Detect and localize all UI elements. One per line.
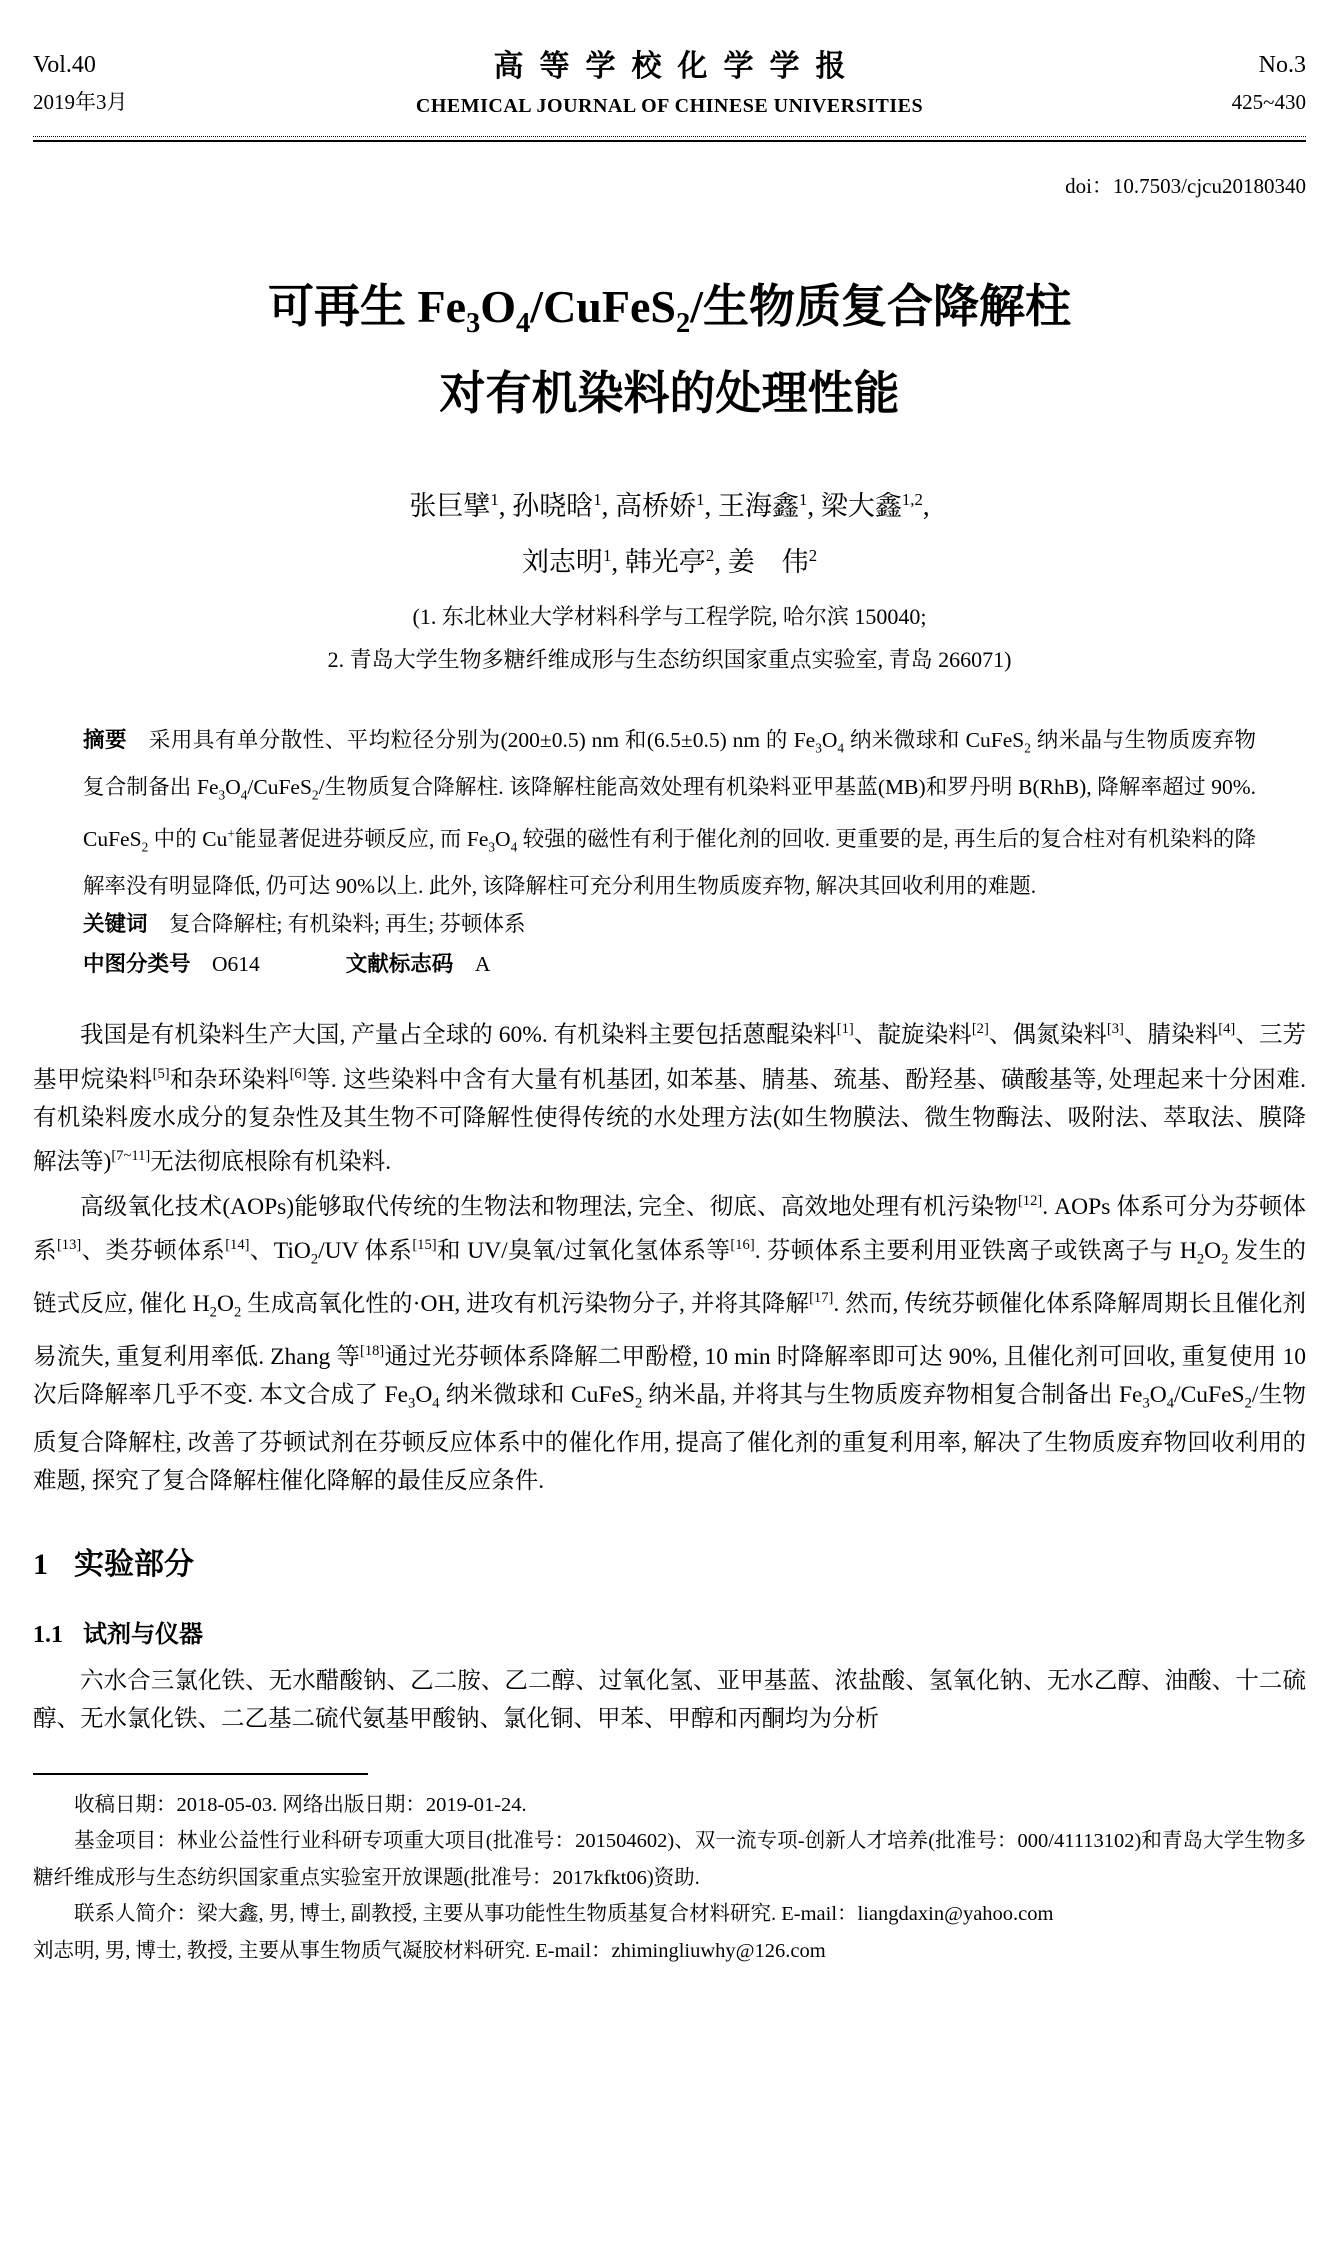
footnote-contact-1: 联系人简介：梁大鑫, 男, 博士, 副教授, 主要从事功能性生物质基复合材料研究… bbox=[33, 1896, 1306, 1933]
header-right: No.3 425~430 bbox=[1121, 48, 1306, 122]
subsection-number: 1.1 bbox=[33, 1622, 63, 1648]
section-heading-1: 1实验部分 bbox=[33, 1545, 1306, 1585]
section-title: 实验部分 bbox=[74, 1547, 194, 1582]
abstract-text: 摘要 采用具有单分散性、平均粒径分别为(200±0.5) nm 和(6.5±0.… bbox=[83, 721, 1256, 905]
footnote-funding: 基金项目：林业公益性行业科研专项重大项目(批准号：201504602)、双一流专… bbox=[33, 1823, 1306, 1896]
affiliation-1: (1. 东北林业大学材料科学与工程学院, 哈尔滨 150040; bbox=[33, 595, 1306, 638]
doi-line: doi：10.7503/cjcu20180340 bbox=[33, 170, 1306, 200]
author-line-2: 刘志明1, 韩光亭2, 姜 伟2 bbox=[33, 531, 1306, 587]
footnote-block: 收稿日期：2018-05-03. 网络出版日期：2019-01-24. 基金项目… bbox=[33, 1773, 1306, 1970]
issue-number: No.3 bbox=[1121, 48, 1306, 82]
journal-page: Vol.40 2019年3月 高等学校化学学报 CHEMICAL JOURNAL… bbox=[0, 0, 1339, 2245]
footnote-received-date: 收稿日期：2018-05-03. 网络出版日期：2019-01-24. bbox=[33, 1787, 1306, 1824]
subsection-heading-1-1: 1.1试剂与仪器 bbox=[33, 1617, 1306, 1652]
subsection-title: 试剂与仪器 bbox=[83, 1620, 203, 1648]
page-range: 425~430 bbox=[1121, 82, 1306, 122]
body-paragraph-3: 六水合三氯化铁、无水醋酸钠、乙二胺、乙二醇、过氧化氢、亚甲基蓝、浓盐酸、氢氧化钠… bbox=[33, 1662, 1306, 1739]
section-body: 六水合三氯化铁、无水醋酸钠、乙二胺、乙二醇、过氧化氢、亚甲基蓝、浓盐酸、氢氧化钠… bbox=[33, 1662, 1306, 1739]
affiliations: (1. 东北林业大学材料科学与工程学院, 哈尔滨 150040; 2. 青岛大学… bbox=[33, 595, 1306, 681]
article-title-line1: 可再生 Fe3O4/CuFeS2/生物质复合降解柱 bbox=[33, 272, 1306, 359]
clc-line: 中图分类号 O614 文献标志码 A bbox=[83, 945, 1256, 985]
volume-label: Vol.40 bbox=[33, 48, 218, 82]
journal-header: Vol.40 2019年3月 高等学校化学学报 CHEMICAL JOURNAL… bbox=[33, 48, 1306, 126]
body-paragraph-1: 我国是有机染料生产大国, 产量占全球的 60%. 有机染料主要包括蒽醌染料[1]… bbox=[33, 1010, 1306, 1181]
author-line-1: 张巨擘1, 孙晓晗1, 高桥娇1, 王海鑫1, 梁大鑫1,2, bbox=[33, 475, 1306, 531]
article-title: 可再生 Fe3O4/CuFeS2/生物质复合降解柱 对有机染料的处理性能 bbox=[33, 272, 1306, 429]
article-title-line2: 对有机染料的处理性能 bbox=[33, 359, 1306, 429]
header-left: Vol.40 2019年3月 bbox=[33, 48, 218, 122]
affiliation-2: 2. 青岛大学生物多糖纤维成形与生态纺织国家重点实验室, 青岛 266071) bbox=[33, 638, 1306, 681]
author-list: 张巨擘1, 孙晓晗1, 高桥娇1, 王海鑫1, 梁大鑫1,2, 刘志明1, 韩光… bbox=[33, 475, 1306, 587]
header-center: 高等学校化学学报 CHEMICAL JOURNAL OF CHINESE UNI… bbox=[218, 48, 1121, 126]
body-paragraph-2: 高级氧化技术(AOPs)能够取代传统的生物法和物理法, 完全、彻底、高效地处理有… bbox=[33, 1182, 1306, 1501]
keywords-line: 关键词 复合降解柱; 有机染料; 再生; 芬顿体系 bbox=[83, 905, 1256, 945]
journal-title-en: CHEMICAL JOURNAL OF CHINESE UNIVERSITIES bbox=[218, 86, 1121, 126]
footnote-rule bbox=[33, 1773, 368, 1775]
issue-date: 2019年3月 bbox=[33, 82, 218, 122]
section-number: 1 bbox=[33, 1548, 48, 1581]
footnote-contact-2: 刘志明, 男, 博士, 教授, 主要从事生物质气凝胶材料研究. E-mail：z… bbox=[33, 1933, 1306, 1970]
header-rule-solid bbox=[33, 140, 1306, 142]
journal-title-cn: 高等学校化学学报 bbox=[218, 48, 1121, 86]
article-body: 我国是有机染料生产大国, 产量占全球的 60%. 有机染料主要包括蒽醌染料[1]… bbox=[33, 1010, 1306, 1500]
abstract-block: 摘要 采用具有单分散性、平均粒径分别为(200±0.5) nm 和(6.5±0.… bbox=[83, 721, 1256, 984]
